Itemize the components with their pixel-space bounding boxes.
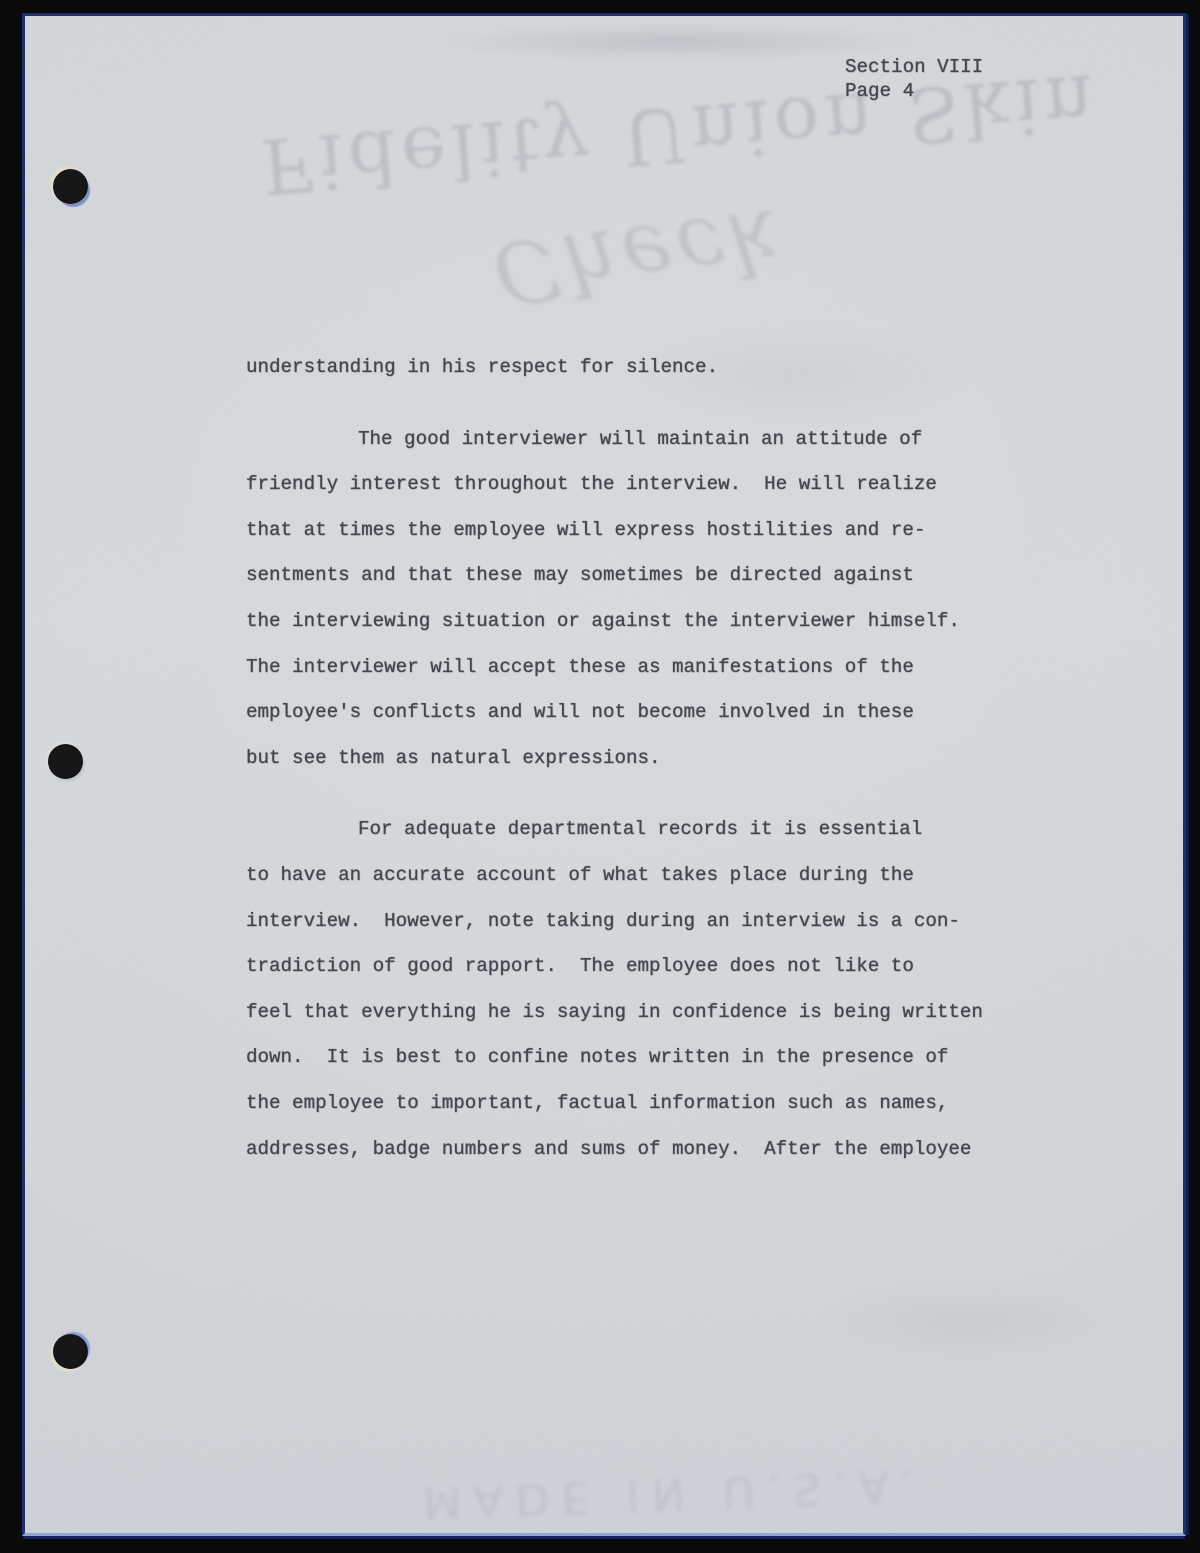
text-line: feel that everything he is saying in con…: [246, 990, 1036, 1036]
paper-stain: [785, 1276, 1145, 1366]
text-line: down. It is best to confine notes writte…: [246, 1035, 1036, 1081]
bleed-through-signature: Check: [488, 189, 790, 324]
page-number-label: Page 4: [845, 80, 983, 104]
paragraph: For adequate departmental records it is …: [246, 807, 1036, 1172]
document-page: Fidelity Union Skin Check MADE IN U.S.A.…: [22, 13, 1186, 1536]
text-line: The interviewer will accept these as man…: [246, 645, 1036, 691]
document-body: understanding in his respect for silence…: [246, 345, 1036, 1198]
text-line: to have an accurate account of what take…: [246, 853, 1036, 899]
text-line: tradiction of good rapport. The employee…: [246, 944, 1036, 990]
text-line: friendly interest throughout the intervi…: [246, 462, 1036, 508]
scanned-document: Fidelity Union Skin Check MADE IN U.S.A.…: [0, 0, 1200, 1553]
text-line: For adequate departmental records it is …: [246, 807, 1036, 853]
text-line: the employee to important, factual infor…: [246, 1081, 1036, 1127]
paragraph: understanding in his respect for silence…: [246, 345, 1036, 391]
paragraph: The good interviewer will maintain an at…: [246, 417, 1036, 782]
bleed-through-watermark: MADE IN U.S.A.: [422, 1459, 927, 1528]
text-line: The good interviewer will maintain an at…: [246, 417, 1036, 463]
section-label: Section VIII: [845, 56, 983, 80]
text-line: employee's conflicts and will not become…: [246, 690, 1036, 736]
text-line: understanding in his respect for silence…: [246, 345, 1036, 391]
text-line: that at times the employee will express …: [246, 508, 1036, 554]
text-line: the interviewing situation or against th…: [246, 599, 1036, 645]
text-line: interview. However, note taking during a…: [246, 899, 1036, 945]
text-line: but see them as natural expressions.: [246, 736, 1036, 782]
page-header: Section VIII Page 4: [845, 56, 983, 103]
text-line: addresses, badge numbers and sums of mon…: [246, 1127, 1036, 1173]
hole-punch-bottom: [53, 1334, 88, 1369]
hole-punch-top: [53, 169, 88, 204]
bleed-through-text: Fidelity Union Skin: [258, 54, 1142, 212]
text-line: sentments and that these may sometimes b…: [246, 553, 1036, 599]
hole-punch-middle: [48, 744, 83, 779]
